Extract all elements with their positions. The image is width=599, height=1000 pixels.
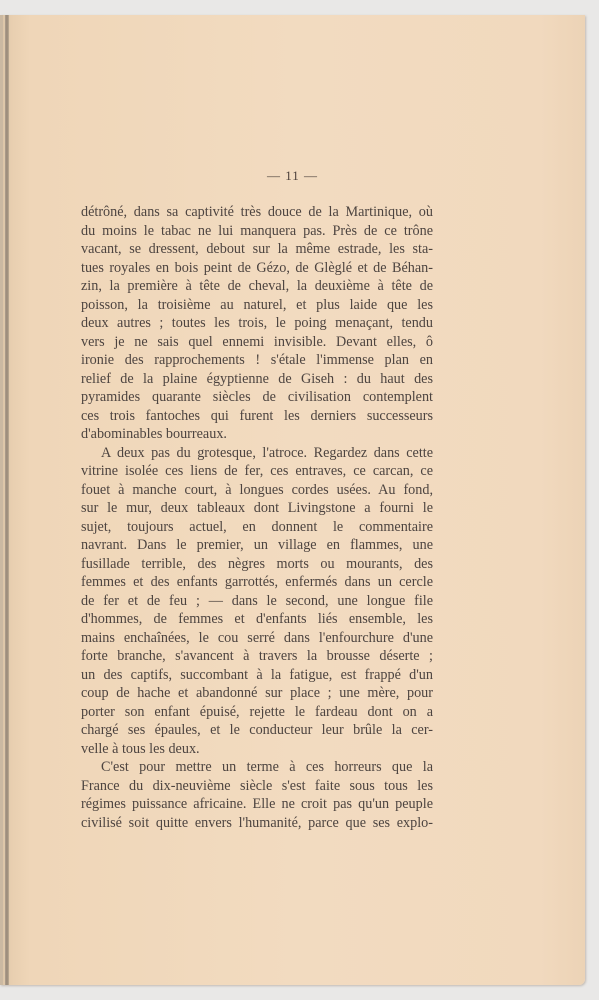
text-line: fusillade terrible, des nègres morts ou … [81, 555, 433, 574]
text-line: ironie des rapprochements ! s'étale l'im… [81, 351, 433, 370]
text-line: porter son enfant épuisé, rejette le far… [81, 703, 433, 722]
text-line: du moins le tabac ne lui manquera pas. P… [81, 222, 433, 241]
text-line: d'abominables bourreaux. [81, 425, 433, 444]
text-line: détrôné, dans sa captivité très douce de… [81, 203, 433, 222]
page-number: — 11 — [0, 168, 585, 184]
paragraph: détrôné, dans sa captivité très douce de… [81, 203, 433, 444]
text-line: un des captifs, succombant à la fatigue,… [81, 666, 433, 685]
text-line: C'est pour mettre un terme à ces horreur… [81, 758, 433, 777]
page-spine-shadow [5, 15, 9, 985]
text-line: forte branche, s'avancent à travers la b… [81, 647, 433, 666]
text-line: vers je ne sais quel ennemi invisible. D… [81, 333, 433, 352]
text-line: ces trois fantoches qui furent les derni… [81, 407, 433, 426]
text-line: coup de hache et abandonné sur place ; u… [81, 684, 433, 703]
text-line: civilisé soit quitte envers l'humanité, … [81, 814, 433, 833]
text-line: navrant. Dans le premier, un village en … [81, 536, 433, 555]
text-line: A deux pas du grotesque, l'atroce. Regar… [81, 444, 433, 463]
text-line: poisson, la troisième au naturel, et plu… [81, 296, 433, 315]
text-line: de fer et de feu ; — dans le second, une… [81, 592, 433, 611]
page-gutter [0, 15, 3, 985]
text-line: vacant, se dressent, debout sur la même … [81, 240, 433, 259]
text-line: zin, la première à tête de cheval, la de… [81, 277, 433, 296]
text-line: fouet à manche court, à longues cordes u… [81, 481, 433, 500]
body-text: détrôné, dans sa captivité très douce de… [81, 203, 433, 832]
text-line: régimes puissance africaine. Elle ne cro… [81, 795, 433, 814]
paragraph: C'est pour mettre un terme à ces horreur… [81, 758, 433, 832]
book-page: — 11 — détrôné, dans sa captivité très d… [0, 15, 585, 985]
text-line: mains enchaînées, le cou serré dans l'en… [81, 629, 433, 648]
text-line: sur le mur, deux tableaux dont Livingsto… [81, 499, 433, 518]
text-line: d'hommes, de femmes et d'enfants liés en… [81, 610, 433, 629]
text-line: pyramides quarante siècles de civilisati… [81, 388, 433, 407]
text-line: tues royales en bois peint de Gézo, de G… [81, 259, 433, 278]
text-line: femmes et des enfants garrottés, enfermé… [81, 573, 433, 592]
text-line: velle à tous les deux. [81, 740, 433, 759]
paragraph: A deux pas du grotesque, l'atroce. Regar… [81, 444, 433, 759]
text-line: chargé ses épaules, et le conducteur leu… [81, 721, 433, 740]
text-line: relief de la plaine égyptienne de Giseh … [81, 370, 433, 389]
text-line: vitrine isolée ces liens de fer, ces ent… [81, 462, 433, 481]
text-line: sujet, toujours actuel, en donnent le co… [81, 518, 433, 537]
text-line: France du dix-neuvième siècle s'est fait… [81, 777, 433, 796]
text-line: deux autres ; toutes les trois, le poing… [81, 314, 433, 333]
